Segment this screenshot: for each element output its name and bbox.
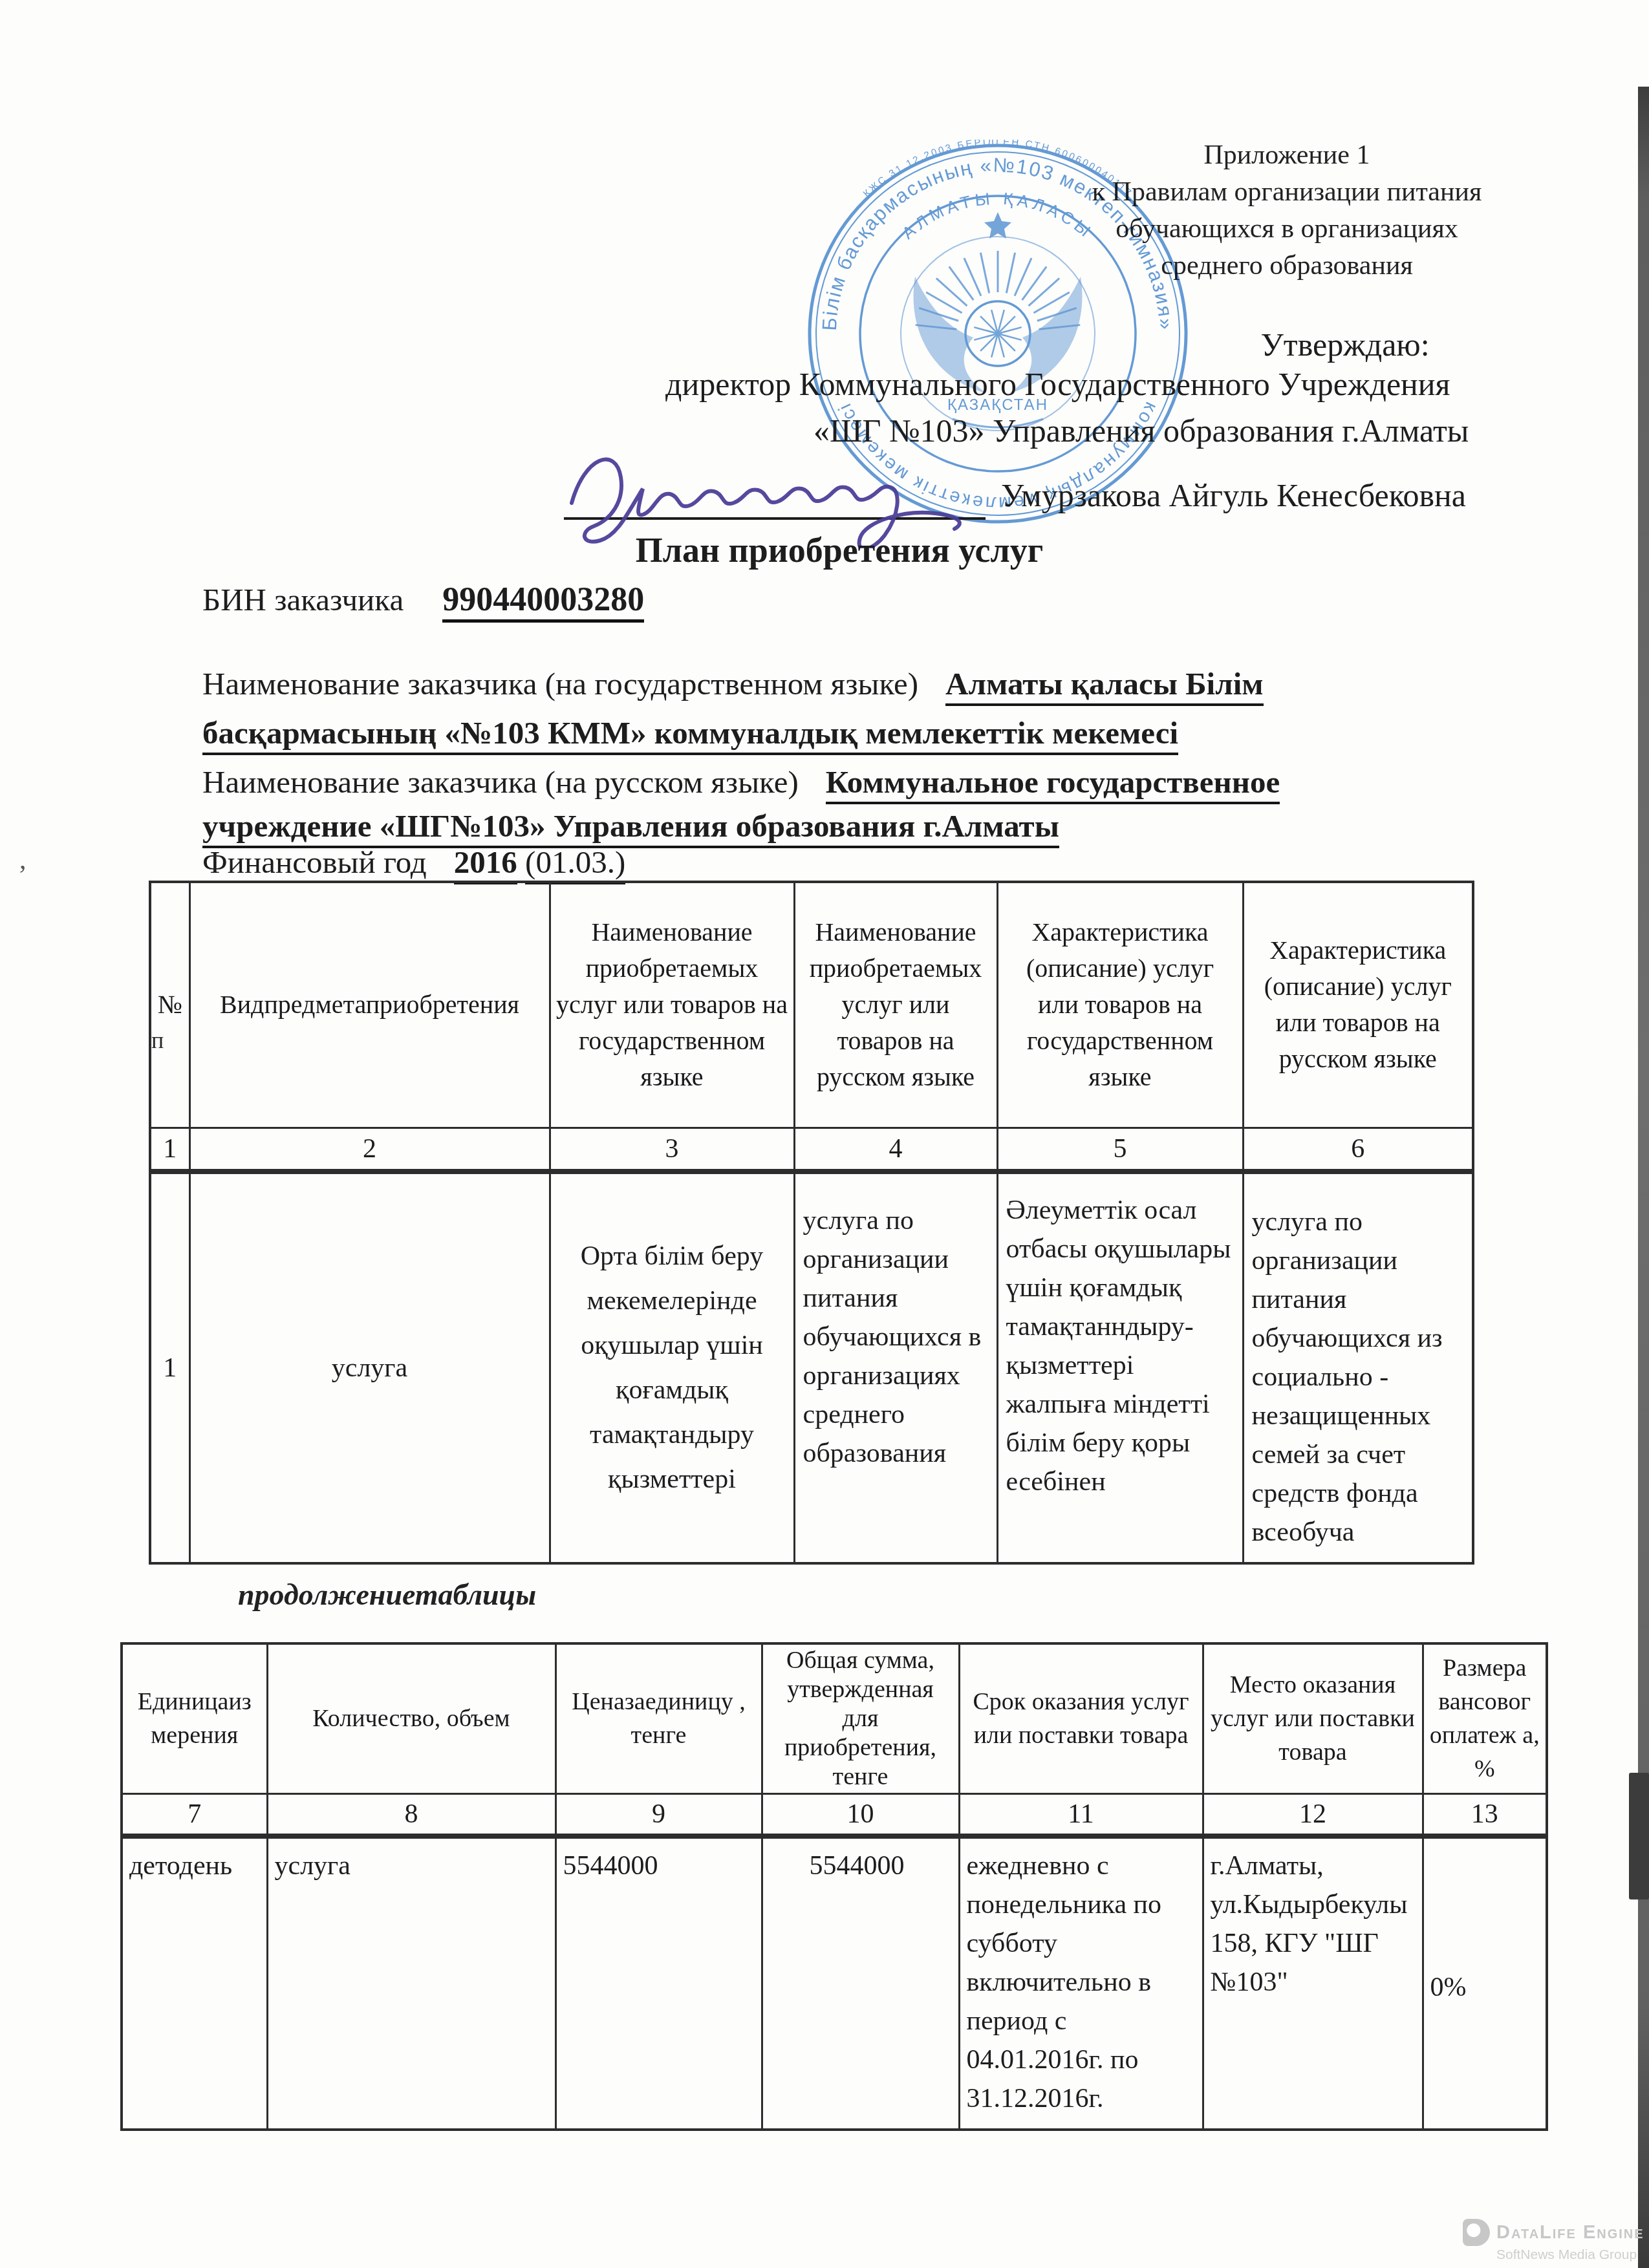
cell-desc-ru: услуга по организации питания обучающихс…	[1243, 1171, 1473, 1563]
cell-row-no: 1	[150, 1171, 189, 1563]
table1-header-no: №п	[150, 882, 189, 1128]
table1-data-row: 1 услуга Орта білім беру мекемелерінде о…	[150, 1171, 1473, 1563]
col-number: 7	[122, 1793, 267, 1836]
table1-numbering-row: 1 2 3 4 5 6	[150, 1128, 1473, 1171]
bin-line: БИН заказчика990440003280	[202, 581, 644, 619]
cell-place: г.Алматы, ул.Кыдырбекулы158, КГУ "ШГ №10…	[1203, 1836, 1423, 2130]
table1-header-row: №п Видпредметаприобретения Наименование …	[150, 882, 1473, 1128]
approval-heading: Утверждаю:	[1164, 326, 1526, 364]
table1-header-desc-kz: Характеристика (описание) услуг или това…	[997, 882, 1243, 1128]
datalife-logo-icon	[1463, 2219, 1490, 2246]
table2-header-term: Срок оказания услуг или поставки товара	[959, 1643, 1203, 1793]
col-number: 10	[762, 1793, 959, 1836]
handwritten-signature	[556, 419, 1009, 548]
bin-value: 990440003280	[442, 581, 644, 623]
table-continuation-note: продолжениетаблицы	[238, 1578, 536, 1612]
table2-header-unit-price: Ценазаединицу , тенге	[555, 1643, 762, 1793]
col-number: 2	[189, 1128, 550, 1171]
scan-edge-strip	[1638, 87, 1649, 2268]
table1-header-kind: Видпредметаприобретения	[189, 882, 550, 1128]
watermark-subtitle: SoftNews Media Group	[1496, 2247, 1644, 2263]
seal-ring-top-text: Білім басқармасының «№103 мектеп-гимнази…	[818, 154, 1178, 332]
table1-header-desc-ru: Характеристика (описание) услуг или това…	[1243, 882, 1473, 1128]
document-title: План приобретения услуг	[610, 530, 1069, 570]
cell-name-kz: Орта білім беру мекемелерінде оқушылар ү…	[550, 1171, 794, 1563]
col-number: 1	[150, 1128, 189, 1171]
customer-kz-value: Алматы қаласы Білім	[945, 666, 1264, 706]
col-number: 12	[1203, 1793, 1423, 1836]
cell-advance: 0%	[1423, 1836, 1547, 2130]
table2-header-advance: Размера вансовог оплатеж а, %	[1423, 1643, 1547, 1793]
col-number: 9	[555, 1793, 762, 1836]
table2-header-total: Общая сумма, утвержденная для приобретен…	[762, 1643, 959, 1793]
bin-label: БИН заказчика	[202, 582, 404, 617]
col-number: 13	[1423, 1793, 1547, 1836]
cell-quantity: услуга	[267, 1836, 555, 2130]
cell-term: ежедневно с понедельника по субботу вклю…	[959, 1836, 1203, 2130]
procurement-table-part1: №п Видпредметаприобретения Наименование …	[149, 881, 1474, 1565]
table1-header-no-sub: п	[151, 1022, 164, 1058]
cell-kind: услуга	[189, 1171, 550, 1563]
scanned-document-page: Приложение 1 к Правилам организации пита…	[0, 0, 1649, 2268]
col-number: 6	[1243, 1128, 1473, 1171]
watermark-brand: DataLife Engine	[1496, 2222, 1644, 2243]
fiscal-year-line: Финансовый год2016 (01.03.)	[202, 844, 625, 881]
procurement-table-part2: Единицаиз мерения Количество, объем Цена…	[120, 1642, 1548, 2131]
approval-line: директор Коммунального Государственного …	[665, 366, 1450, 403]
cell-unit: детодень	[122, 1836, 267, 2130]
table2-numbering-row: 7 8 9 10 11 12 13	[122, 1793, 1547, 1836]
table1-header-name-kz: Наименование приобретаемых услуг или тов…	[550, 882, 794, 1128]
fiscal-year-note: (01.03.)	[525, 844, 625, 884]
customer-ru-line2: учреждение «ШГ№103» Управления образован…	[202, 808, 1059, 844]
cell-desc-kz: Әлеуметтік осал отбасы оқушылары үшін қо…	[997, 1171, 1243, 1563]
table2-header-row: Единицаиз мерения Количество, объем Цена…	[122, 1643, 1547, 1793]
scan-edge-block	[1629, 1773, 1649, 1899]
table2-data-row: детодень услуга 5544000 5544000 ежедневн…	[122, 1836, 1547, 2130]
table2-header-place: Место оказания услуг или поставки товара	[1203, 1643, 1423, 1793]
signatory-name: Умурзакова Айгуль Кенесбековна	[1001, 477, 1466, 515]
col-number: 8	[267, 1793, 555, 1836]
customer-kz-line1: Наименование заказчика (на государственн…	[202, 666, 1264, 702]
cell-unit-price: 5544000	[555, 1836, 762, 2130]
customer-ru-label: Наименование заказчика (на русском языке…	[202, 764, 799, 800]
customer-ru-line1: Наименование заказчика (на русском языке…	[202, 764, 1280, 800]
customer-ru-value: Коммунальное государственное	[826, 764, 1280, 804]
table1-header-name-ru: Наименование приобретаемых услуг или тов…	[794, 882, 997, 1128]
col-number: 11	[959, 1793, 1203, 1836]
fiscal-year-label: Финансовый год	[202, 844, 427, 880]
cell-total: 5544000	[762, 1836, 959, 2130]
cell-name-ru: услуга по организации питания обучающихс…	[794, 1171, 997, 1563]
col-number: 5	[997, 1128, 1243, 1171]
col-number: 3	[550, 1128, 794, 1171]
datalife-engine-watermark: DataLife Engine SoftNews Media Group	[1463, 2219, 1644, 2263]
col-number: 4	[794, 1128, 997, 1171]
customer-kz-line2: басқармасының «№103 КММ» коммуналдық мем…	[202, 715, 1178, 751]
table2-header-quantity: Количество, объем	[267, 1643, 555, 1793]
table2-header-unit: Единицаиз мерения	[122, 1643, 267, 1793]
fiscal-year-value: 2016	[454, 844, 517, 884]
customer-kz-label: Наименование заказчика (на государственн…	[202, 666, 918, 701]
scan-speck: ,	[19, 844, 27, 875]
